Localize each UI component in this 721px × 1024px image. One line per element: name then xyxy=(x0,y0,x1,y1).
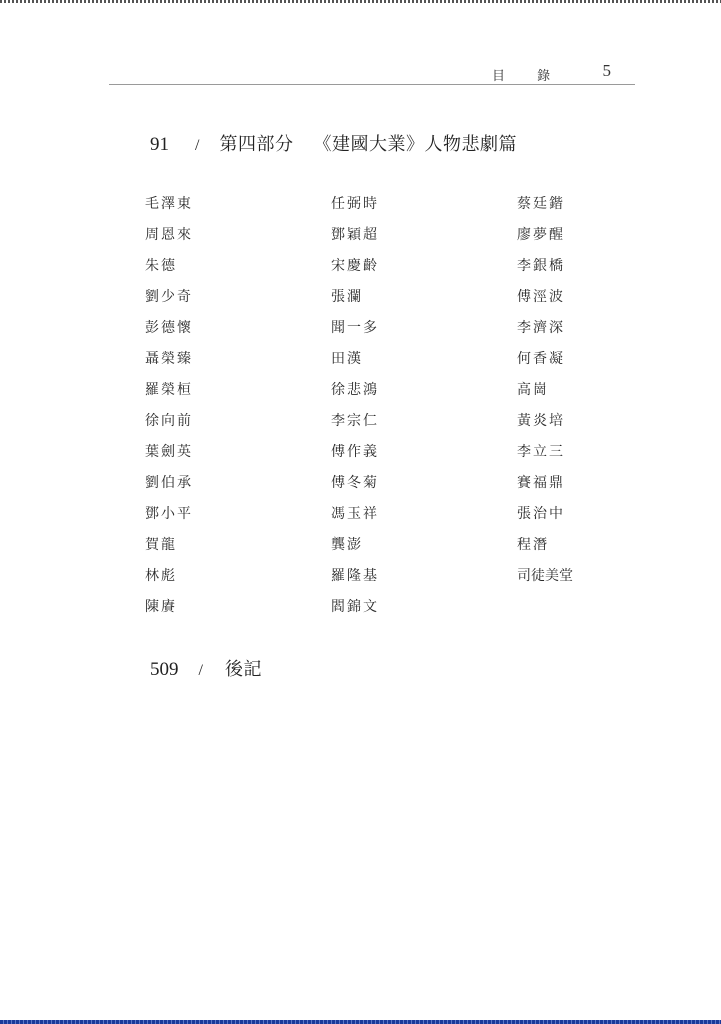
name-item: 何香凝 xyxy=(517,348,573,379)
toc-page-number: 509 xyxy=(150,659,179,681)
name-item: 聞一多 xyxy=(331,317,379,348)
name-item: 劉伯承 xyxy=(145,472,193,503)
running-header: 目 錄 5 xyxy=(109,60,635,84)
name-item: 朱德 xyxy=(145,255,193,286)
name-item: 鄧小平 xyxy=(145,503,193,534)
bottom-page-border xyxy=(0,1020,721,1024)
name-item: 馮玉祥 xyxy=(331,503,379,534)
toc-section-subtitle: 《建國大業》人物悲劇篇 xyxy=(313,130,517,156)
header-title: 目 錄 xyxy=(492,65,564,84)
toc-separator: / xyxy=(195,137,199,155)
name-item: 傅作義 xyxy=(331,441,379,472)
name-item: 龔澎 xyxy=(331,534,379,565)
name-item: 廖夢醒 xyxy=(517,224,573,255)
names-column-3: 蔡廷鍇 廖夢醒 李銀橋 傅涇波 李濟深 何香凝 高崗 黃炎培 李立三 賽福鼎 張… xyxy=(517,193,573,596)
toc-entry-part-four[interactable]: 91 / 第四部分 《建國大業》人物悲劇篇 xyxy=(150,130,517,156)
name-item: 羅隆基 xyxy=(331,565,379,596)
name-item: 程潛 xyxy=(517,534,573,565)
name-item: 徐向前 xyxy=(145,410,193,441)
name-item: 李宗仁 xyxy=(331,410,379,441)
name-item: 聶榮臻 xyxy=(145,348,193,379)
name-item: 劉少奇 xyxy=(145,286,193,317)
name-item: 張瀾 xyxy=(331,286,379,317)
name-item: 毛澤東 xyxy=(145,193,193,224)
name-item: 傅涇波 xyxy=(517,286,573,317)
toc-separator: / xyxy=(199,662,203,680)
toc-section-title: 後記 xyxy=(225,655,262,681)
name-item: 高崗 xyxy=(517,379,573,410)
name-item: 司徒美堂 xyxy=(517,565,573,596)
name-item: 鄧穎超 xyxy=(331,224,379,255)
name-item: 張治中 xyxy=(517,503,573,534)
name-item: 李立三 xyxy=(517,441,573,472)
name-item: 彭德懷 xyxy=(145,317,193,348)
name-item: 蔡廷鍇 xyxy=(517,193,573,224)
top-page-border xyxy=(0,0,721,3)
name-item: 周恩來 xyxy=(145,224,193,255)
name-item: 羅榮桓 xyxy=(145,379,193,410)
name-item: 傅冬菊 xyxy=(331,472,379,503)
name-item: 賀龍 xyxy=(145,534,193,565)
name-item: 李濟深 xyxy=(517,317,573,348)
name-item: 閻錦文 xyxy=(331,596,379,627)
names-column-2: 任弼時 鄧穎超 宋慶齡 張瀾 聞一多 田漢 徐悲鴻 李宗仁 傅作義 傅冬菊 馮玉… xyxy=(331,193,379,627)
toc-section-title: 第四部分 xyxy=(219,130,293,156)
name-item: 賽福鼎 xyxy=(517,472,573,503)
name-item: 任弼時 xyxy=(331,193,379,224)
names-column-1: 毛澤東 周恩來 朱德 劉少奇 彭德懷 聶榮臻 羅榮桓 徐向前 葉劍英 劉伯承 鄧… xyxy=(145,193,193,627)
name-item: 李銀橋 xyxy=(517,255,573,286)
name-item: 宋慶齡 xyxy=(331,255,379,286)
name-item: 陳賡 xyxy=(145,596,193,627)
name-item: 徐悲鴻 xyxy=(331,379,379,410)
name-item: 田漢 xyxy=(331,348,379,379)
name-item: 林彪 xyxy=(145,565,193,596)
header-page-number: 5 xyxy=(603,61,612,81)
toc-page-number: 91 xyxy=(150,134,169,156)
name-item: 葉劍英 xyxy=(145,441,193,472)
toc-entry-afterword[interactable]: 509 / 後記 xyxy=(150,655,262,681)
name-item: 黃炎培 xyxy=(517,410,573,441)
header-rule xyxy=(109,84,635,85)
